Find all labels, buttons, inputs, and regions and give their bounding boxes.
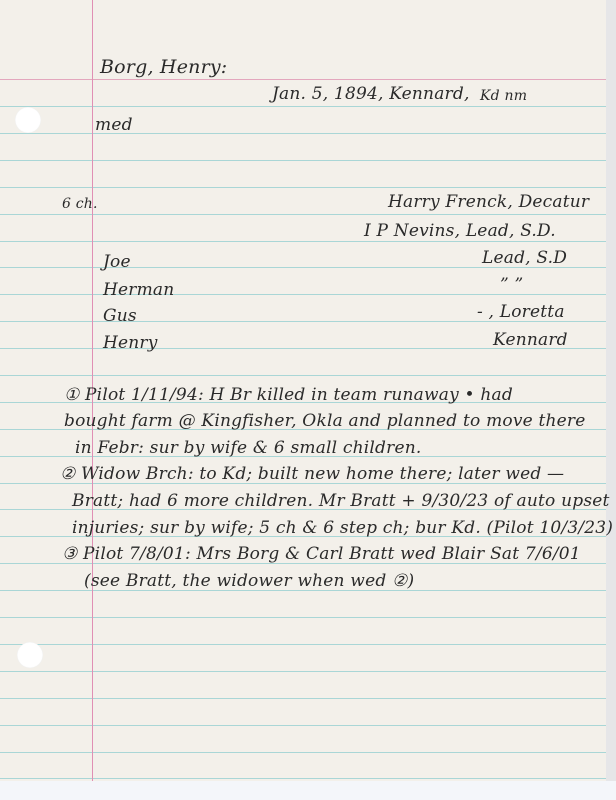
- ruled-line: [0, 778, 606, 779]
- children-count: 6 ch.: [62, 196, 98, 212]
- informant-2: I P Nevins, Lead, S.D.: [364, 221, 556, 241]
- note-line-1: ① Pilot 1/11/94: H Br killed in team run…: [64, 385, 513, 405]
- punch-hole-top: [15, 107, 41, 133]
- note-line-6: injuries; sur by wife; 5 ch & 6 step ch;…: [72, 518, 613, 538]
- ruled-line: [0, 160, 606, 161]
- birth-suffix: Kd nm: [480, 88, 527, 104]
- ruled-line: [0, 698, 606, 699]
- child-3: Gus: [103, 306, 137, 326]
- header-rule: [0, 79, 606, 80]
- informant-1: Harry Frenck, Decatur: [388, 192, 589, 212]
- punch-hole-bottom: [17, 642, 43, 668]
- subject-name: Borg, Henry:: [100, 56, 227, 78]
- ruled-line: [0, 752, 606, 753]
- ruled-line: [0, 106, 606, 107]
- note-line-2: bought farm @ Kingfisher, Okla and plann…: [64, 411, 586, 431]
- child-2: Herman: [103, 280, 174, 300]
- note-line-3: in Febr: sur by wife & 6 small children.: [75, 438, 421, 458]
- scan-background: [0, 781, 616, 800]
- note-line-8: (see Bratt, the widower when wed ②): [84, 571, 414, 591]
- informant-5: Kennard: [493, 330, 568, 350]
- ruled-line: [0, 725, 606, 726]
- informant-3: Lead, S.D: [482, 248, 567, 268]
- informant-4: - , Loretta: [477, 302, 565, 322]
- child-1: Joe: [103, 252, 131, 272]
- paper-edge: [606, 0, 616, 781]
- note-line-4: ② Widow Brch: to Kd; built new home ther…: [60, 464, 564, 484]
- ruled-line: [0, 214, 606, 215]
- ruled-line: [0, 644, 606, 645]
- note-line-7: ③ Pilot 7/8/01: Mrs Borg & Carl Bratt we…: [62, 544, 581, 564]
- ruled-line: [0, 133, 606, 134]
- child-4: Henry: [103, 333, 158, 353]
- informant-ditto: ” ”: [500, 275, 523, 295]
- ruled-line: [0, 375, 606, 376]
- note-line-5: Bratt; had 6 more children. Mr Bratt + 9…: [72, 491, 610, 511]
- status-note: med: [95, 115, 133, 135]
- ruled-line: [0, 617, 606, 618]
- ruled-line: [0, 241, 606, 242]
- ruled-line: [0, 187, 606, 188]
- ruled-line: [0, 671, 606, 672]
- birth-info: Jan. 5, 1894, Kennard,: [272, 84, 470, 104]
